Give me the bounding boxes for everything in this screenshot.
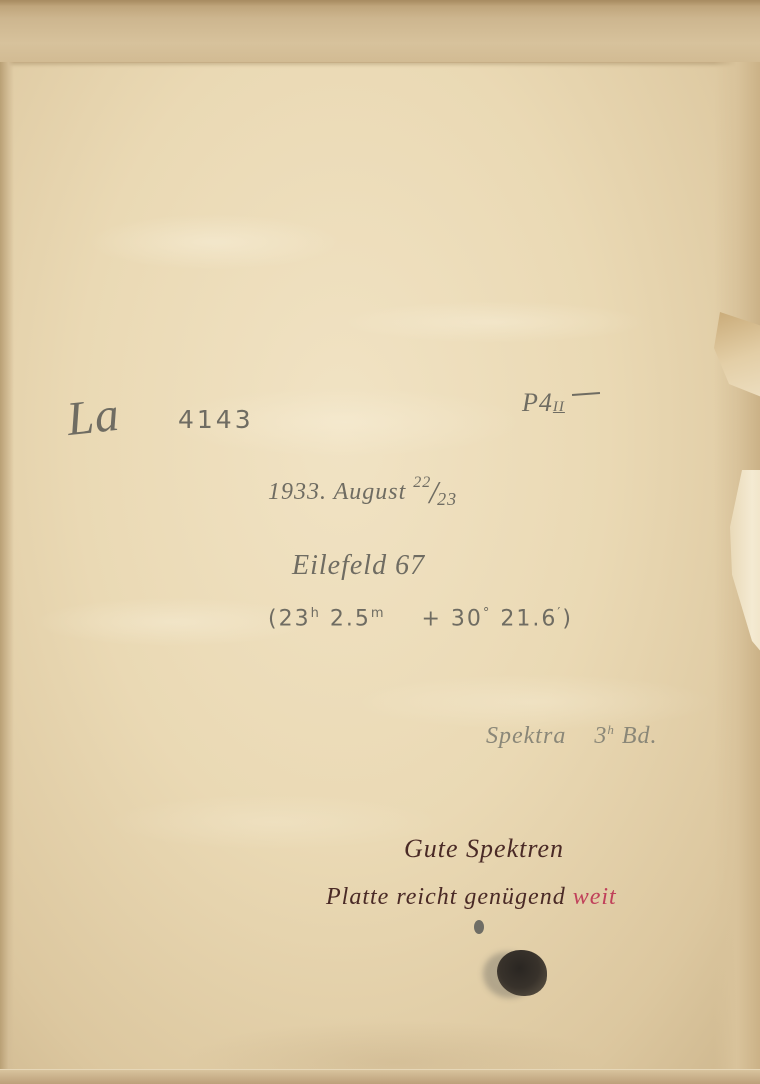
star-name: Eilefeld 67 (292, 550, 425, 582)
spectra-count: 3 (594, 723, 607, 749)
plate-code: P4II (522, 388, 565, 418)
coords-ra-hours-unit: h (311, 606, 321, 621)
spectra-count-unit: h (607, 722, 615, 737)
plate-envelope: La 4143 P4II 1933. August 22/23 Eilefeld… (0, 0, 760, 1084)
coords-dec-unit: ° (483, 606, 492, 621)
date-year: 1933. (268, 479, 327, 505)
date-month: August (334, 479, 407, 505)
plate-code-subscript: II (553, 399, 565, 415)
small-stain (474, 920, 484, 934)
coords-open-paren: ( (268, 606, 279, 631)
coords-ra-minutes-unit: m (371, 606, 386, 621)
envelope-bottom-edge (0, 1069, 760, 1084)
plate-note: Platte reicht genügend weit (326, 884, 617, 911)
spectra-word: Spektra (486, 723, 566, 749)
burn-hole-stain (497, 950, 547, 996)
plate-note-red-word: weit (573, 884, 617, 910)
plate-code-overline (572, 392, 600, 396)
coords-ra-hours: 23 (279, 606, 311, 631)
date-day-to: 23 (437, 489, 457, 509)
envelope-left-edge (0, 62, 14, 1084)
coords-dec-minutes: 21.6 (500, 606, 557, 631)
catalog-prefix: La (64, 387, 122, 447)
spectra-note: Spektra 3h Bd. (486, 722, 657, 750)
coords-dec: + 30 (422, 606, 483, 631)
catalog-number: 4143 (178, 405, 254, 434)
observation-date: 1933. August 22/23 (268, 470, 457, 507)
plate-code-main: P4 (522, 388, 553, 417)
plate-note-text: Platte reicht genügend (326, 884, 566, 910)
spectra-suffix: Bd. (622, 723, 658, 749)
coords-close-paren: ) (562, 606, 573, 631)
quality-note: Gute Spektren (404, 834, 564, 864)
star-coordinates: (23h 2.5m + 30° 21.6′) (268, 606, 573, 631)
envelope-top-fold (0, 0, 760, 63)
coords-ra-minutes: 2.5 (330, 606, 371, 631)
